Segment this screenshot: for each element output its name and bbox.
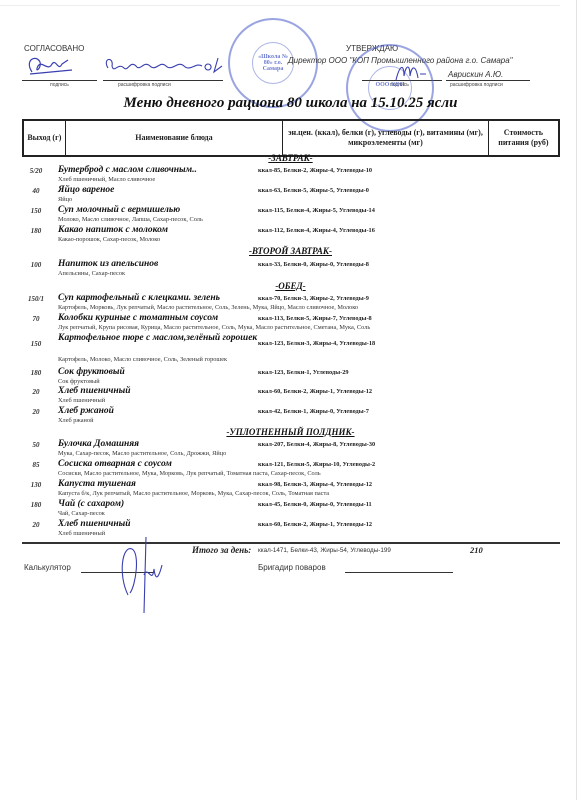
- signature-name-left-icon: [100, 52, 240, 80]
- item-ingredients: Мука, Сахар-песок, Масло растительное, С…: [58, 450, 226, 457]
- item-ingredients: Хлеб пшеничный, Масло сливочное: [58, 176, 155, 183]
- totals-cost: 210: [470, 545, 483, 555]
- totals-rule: [22, 542, 560, 544]
- item-nutrition: ккал-70, Белки-3, Жиры-2, Углеводы-9: [258, 295, 369, 302]
- item-ingredients: Хлеб ржаной: [58, 417, 93, 424]
- item-nutrition: ккал-123, Белки-1, Углеводы-29: [258, 369, 349, 376]
- item-ingredients: Какао-порошок, Сахар-песок, Молоко: [58, 236, 160, 243]
- item-ingredients: Чай, Сахар-песок: [58, 510, 105, 517]
- item-dish-name: Сосиска отварная с соусом: [58, 459, 172, 469]
- item-ingredients: Сок фруктовый: [58, 378, 100, 385]
- signature-line-left: [22, 80, 97, 81]
- item-ingredients: Лук репчатый, Крупа рисовая, Курица, Мас…: [58, 324, 370, 331]
- calculator-label: Калькулятор: [24, 563, 71, 572]
- page-right-edge: [576, 0, 577, 800]
- decoding-line-left: [103, 80, 223, 81]
- decoding-line-right: [446, 80, 530, 81]
- item-nutrition: ккал-45, Белки-0, Жиры-0, Углеводы-11: [258, 501, 372, 508]
- item-yield: 150: [22, 207, 50, 215]
- totals-label: Итого за день:: [192, 545, 251, 555]
- col-dish-header: Наименование блюда: [65, 120, 282, 156]
- item-yield: 150: [22, 340, 50, 348]
- item-ingredients: Апельсины, Сахар-песок: [58, 270, 125, 277]
- signature-left-icon: [22, 52, 102, 80]
- item-yield: 180: [22, 501, 50, 509]
- col-yield-header: Выход (г): [23, 120, 65, 156]
- item-nutrition: ккал-63, Белки-5, Жиры-5, Углеводы-0: [258, 187, 369, 194]
- item-ingredients: Молоко, Масло сливочное, Лапша, Сахар-пе…: [58, 216, 203, 223]
- decoding-caption-right: расшифровка подписи: [450, 82, 503, 88]
- item-nutrition: ккал-115, Белки-4, Жиры-5, Углеводы-14: [258, 207, 375, 214]
- item-yield: 180: [22, 227, 50, 235]
- item-nutrition: ккал-33, Белки-0, Жиры-0, Углеводы-8: [258, 261, 369, 268]
- decoding-caption-left: расшифровка подписи: [118, 82, 171, 88]
- calculator-signature-icon: [118, 535, 168, 615]
- item-dish-name: Хлеб ржаной: [58, 406, 114, 416]
- item-dish-name: Яйцо вареное: [58, 185, 114, 195]
- item-nutrition: ккал-207, Белки-4, Жиры-8, Углеводы-30: [258, 441, 375, 448]
- item-ingredients: Капуста б/к, Лук репчатый, Масло растите…: [58, 490, 329, 497]
- chef-label: Бригадир поваров: [258, 563, 326, 572]
- col-nutrition-header: эн.цен. (ккал), белки (г), углеводы (г),…: [283, 120, 489, 156]
- item-yield: 150/1: [22, 295, 50, 303]
- signer-right-name: Аврискин А.Ю.: [448, 70, 503, 79]
- item-ingredients: Хлеб пшеничный: [58, 397, 105, 404]
- page-title: Меню дневного рациона 80 школа на 15.10.…: [0, 95, 581, 112]
- item-nutrition: ккал-112, Белки-4, Жиры-4, Углеводы-16: [258, 227, 375, 234]
- section-heading: -ВТОРОЙ ЗАВТРАК-: [0, 246, 581, 256]
- item-nutrition: ккал-121, Белки-5, Жиры-10, Углеводы-2: [258, 461, 375, 468]
- stamp-left-text: «Школа № 80» г.о. Самара: [254, 54, 292, 72]
- totals-value: ккал-1471, Белки-43, Жиры-54, Углеводы-1…: [258, 547, 391, 554]
- item-dish-name: Бутерброд с маслом сливочным..: [58, 165, 197, 175]
- item-nutrition: ккал-123, Белки-3, Жиры-4, Углеводы-18: [258, 340, 375, 347]
- page-top-edge: [0, 5, 560, 6]
- item-dish-name: Хлеб пшеничный: [58, 386, 131, 396]
- col-cost-header: Стоимость питания (руб): [488, 120, 559, 156]
- item-dish-name: Сок фруктовый: [58, 367, 125, 377]
- item-dish-name: Капуста тушеная: [58, 479, 136, 489]
- item-dish-name: Колобки куриные с томатным соусом: [58, 313, 218, 323]
- item-dish-name: Булочка Домашняя: [58, 439, 139, 449]
- section-heading: -ЗАВТРАК-: [0, 153, 581, 163]
- item-yield: 130: [22, 481, 50, 489]
- item-yield: 85: [22, 461, 50, 469]
- item-nutrition: ккал-60, Белки-2, Жиры-1, Углеводы-12: [258, 388, 372, 395]
- item-yield: 50: [22, 441, 50, 449]
- item-ingredients: Яйцо: [58, 196, 72, 203]
- item-yield: 40: [22, 187, 50, 195]
- stamp-right-text: ООО КОП: [370, 82, 410, 88]
- item-dish-name: Картофельное пюре с маслом,зелёный горош…: [58, 334, 258, 344]
- chef-signature-line: [345, 572, 453, 573]
- item-dish-name: Хлеб пшеничный: [58, 519, 131, 529]
- item-nutrition: ккал-98, Белки-3, Жиры-4, Углеводы-12: [258, 481, 372, 488]
- item-dish-name: Чай (с сахаром): [58, 499, 124, 509]
- item-nutrition: ккал-60, Белки-2, Жиры-1, Углеводы-12: [258, 521, 372, 528]
- item-yield: 20: [22, 388, 50, 396]
- section-heading: -УПЛОТНЕННЫЙ ПОЛДНИК-: [0, 427, 581, 437]
- item-dish-name: Суп картофельный с клецками. зелень: [58, 293, 220, 303]
- menu-table-header: Выход (г) Наименование блюда эн.цен. (кк…: [22, 119, 560, 157]
- item-yield: 20: [22, 521, 50, 529]
- item-dish-name: Какао напиток с молоком: [58, 225, 168, 235]
- item-yield: 100: [22, 261, 50, 269]
- item-yield: 70: [22, 315, 50, 323]
- item-yield: 20: [22, 408, 50, 416]
- item-ingredients: Картофель, Молоко, Масло сливочное, Соль…: [58, 356, 227, 363]
- item-yield: 180: [22, 369, 50, 377]
- section-heading: -ОБЕД-: [0, 281, 581, 291]
- signature-caption-left: подпись: [50, 82, 69, 88]
- item-dish-name: Суп молочный с вермишелью: [58, 205, 180, 215]
- item-ingredients: Картофель, Морковь, Лук репчатый, Масло …: [58, 304, 358, 311]
- item-nutrition: ккал-85, Белки-2, Жиры-4, Углеводы-10: [258, 167, 372, 174]
- item-ingredients: Сосиски, Масло растительное, Мука, Морко…: [58, 470, 321, 477]
- item-yield: 5/20: [22, 167, 50, 175]
- item-nutrition: ккал-42, Белки-1, Жиры-0, Углеводы-7: [258, 408, 369, 415]
- item-ingredients: Хлеб пшеничный: [58, 530, 105, 537]
- item-nutrition: ккал-113, Белки-5, Жиры-7, Углеводы-8: [258, 315, 372, 322]
- item-dish-name: Напиток из апельсинов: [58, 259, 158, 269]
